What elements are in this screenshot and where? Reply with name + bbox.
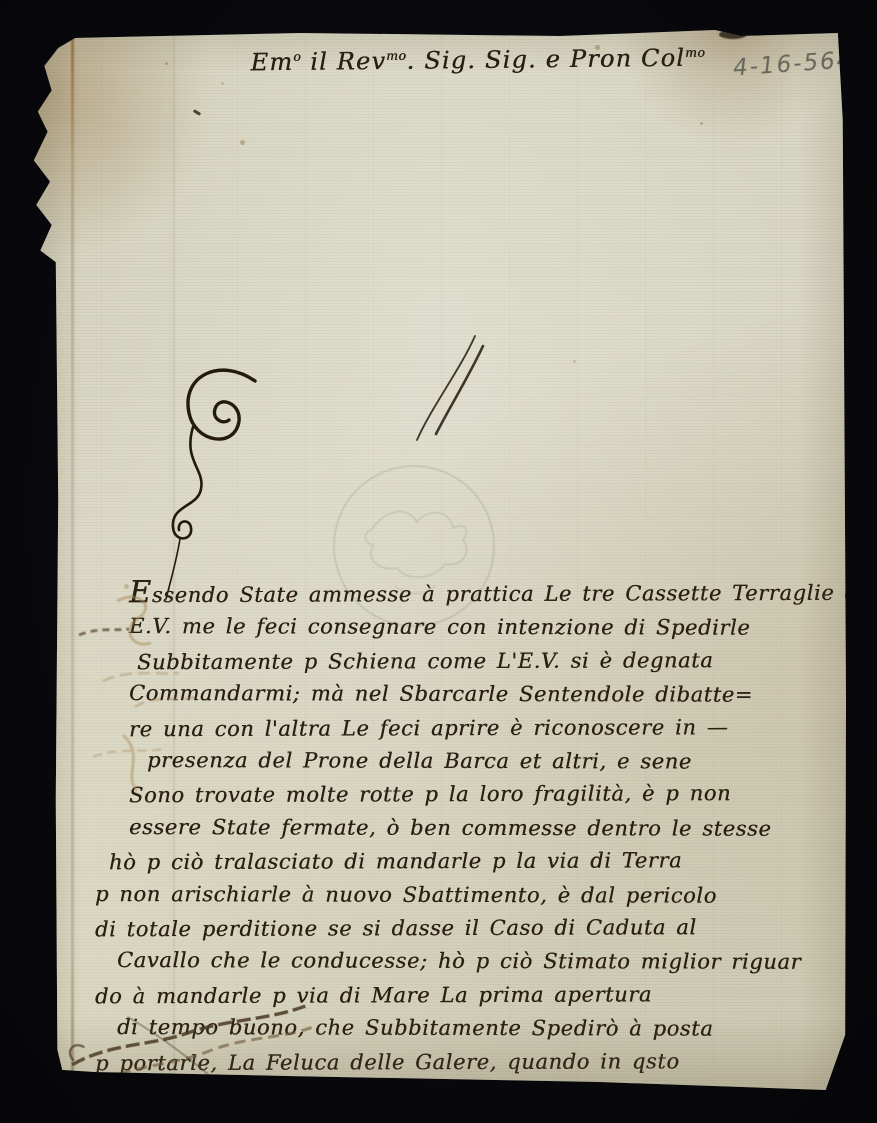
ink-speck — [193, 109, 201, 116]
manuscript-page: Emo il Revmo. Sig. Sig. e Pron Colmo 4-1… — [33, 30, 846, 1090]
manuscript-line: E.V. me le feci consegnare con intenzion… — [129, 610, 853, 645]
manuscript-line: re una con l'altra Le feci aprire è rico… — [129, 710, 853, 746]
manuscript-line: Cavallo che le conducesse; hò p ciò Stim… — [117, 945, 853, 980]
paper-stains — [33, 30, 36, 33]
manuscript-line: presenza del Prone della Barca et altri,… — [147, 744, 853, 779]
manuscript-line: Commandarmi; mà nel Sbarcarle Sentendole… — [129, 677, 853, 712]
salutation-superscript: mo — [685, 45, 705, 60]
calligraphic-flourish — [163, 365, 278, 605]
manuscript-line: Essendo State ammesse à prattica Le tre … — [129, 574, 853, 613]
manuscript-line: di totale perditione se si dasse il Caso… — [95, 911, 853, 947]
manuscript-line: hò p ciò tralasciato di mandarle p la vi… — [109, 844, 853, 880]
fold-crease-left — [71, 33, 74, 1083]
salutation-text: . Sig. Sig. e Pron Col — [406, 44, 685, 75]
edge-stain — [719, 30, 747, 39]
manuscript-line: p non arischiarle à nuovo Sbattimento, è… — [95, 878, 853, 913]
continuation-slash-mark — [405, 330, 487, 448]
ink-showthrough-left-margin — [73, 585, 218, 805]
salutation-line: Emo il Revmo. Sig. Sig. e Pron Colmo — [243, 44, 713, 77]
salutation-text: Em — [250, 48, 293, 76]
manuscript-line: essere State fermate, ò ben commesse den… — [129, 811, 853, 846]
salutation-text: il Rev — [301, 47, 386, 76]
archival-reference-number: 4-16-564 — [732, 46, 863, 81]
manuscript-line: Subbitamente p Schiena come L'E.V. si è … — [137, 644, 853, 680]
manuscript-line: Sono trovate molte rotte p la loro fragi… — [129, 777, 853, 813]
photo-stage: Emo il Revmo. Sig. Sig. e Pron Colmo 4-1… — [0, 0, 877, 1123]
salutation-superscript: mo — [386, 48, 406, 63]
